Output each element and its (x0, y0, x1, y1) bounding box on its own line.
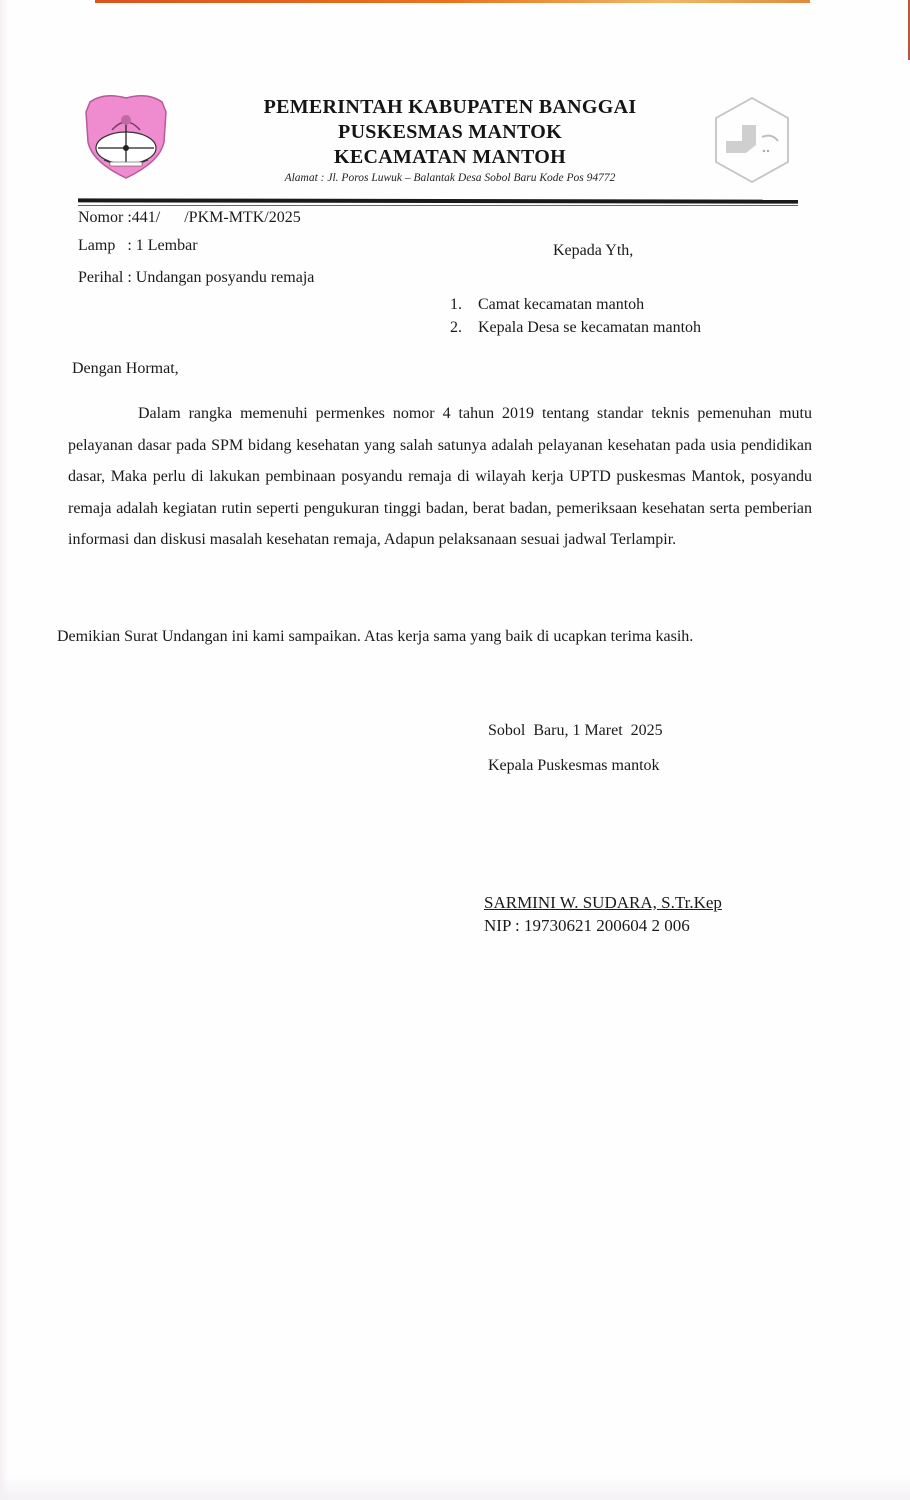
recipient-text: Kepala Desa se kecamatan mantoh (478, 319, 701, 336)
paper-bottom-shadow (0, 1475, 910, 1500)
puskesmas-hexagon-logo-icon (712, 95, 792, 185)
letter-subject: Perihal : Undangan posyandu remaja (78, 269, 314, 287)
letterhead-divider-thin (78, 205, 798, 206)
recipient-text: Camat kecamatan mantoh (478, 296, 644, 313)
perihal-label: Perihal : (78, 269, 136, 287)
recipient-item: 1.Camat kecamatan mantoh (450, 293, 701, 316)
recipient-item: 2.Kepala Desa se kecamatan mantoh (450, 316, 701, 339)
paper-top-edge-strip (95, 0, 810, 3)
letterhead-line-government: PEMERINTAH KABUPATEN BANGGAI (200, 95, 700, 120)
letter-attachment: Lamp : 1 Lembar (78, 237, 198, 255)
paper-left-shadow (0, 0, 8, 1500)
perihal-value: Undangan posyandu remaja (136, 269, 315, 286)
lamp-label: Lamp : (78, 237, 136, 255)
letterhead-divider-thick (78, 198, 798, 203)
nomor-value-part1: 441/ (132, 209, 160, 226)
letterhead-line-puskesmas: PUSKESMAS MANTOK (200, 120, 700, 145)
signature-place-date: Sobol Baru, 1 Maret 2025 (488, 722, 663, 740)
recipient-list: 1.Camat kecamatan mantoh 2.Kepala Desa s… (450, 293, 701, 339)
nomor-label: Nomor : (78, 209, 132, 227)
letterhead: PEMERINTAH KABUPATEN BANGGAI PUSKESMAS M… (200, 95, 700, 184)
closing-paragraph: Demikian Surat Undangan ini kami sampaik… (57, 622, 817, 651)
signature-title: Kepala Puskesmas mantok (488, 757, 660, 775)
signatory-nip: NIP : 19730621 200604 2 006 (484, 916, 690, 936)
regency-shield-emblem-icon (80, 90, 172, 180)
signatory-name: SARMINI W. SUDARA, S.Tr.Kep (484, 893, 722, 913)
letterhead-line-district: KECAMATAN MANTOH (200, 145, 700, 170)
recipient-number: 1. (450, 293, 478, 316)
nomor-value-part2: /PKM-MTK/2025 (184, 209, 300, 226)
recipient-salutation: Kepada Yth, (553, 242, 633, 260)
letter-number: Nomor : 441//PKM-MTK/2025 (78, 209, 301, 227)
body-paragraph: Dalam rangka memenuhi permenkes nomor 4 … (68, 398, 812, 556)
recipient-number: 2. (450, 316, 478, 339)
letterhead-address: Alamat : Jl. Poros Luwuk – Balantak Desa… (200, 172, 700, 184)
greeting: Dengan Hormat, (72, 360, 179, 378)
lamp-value: 1 Lembar (136, 237, 198, 254)
